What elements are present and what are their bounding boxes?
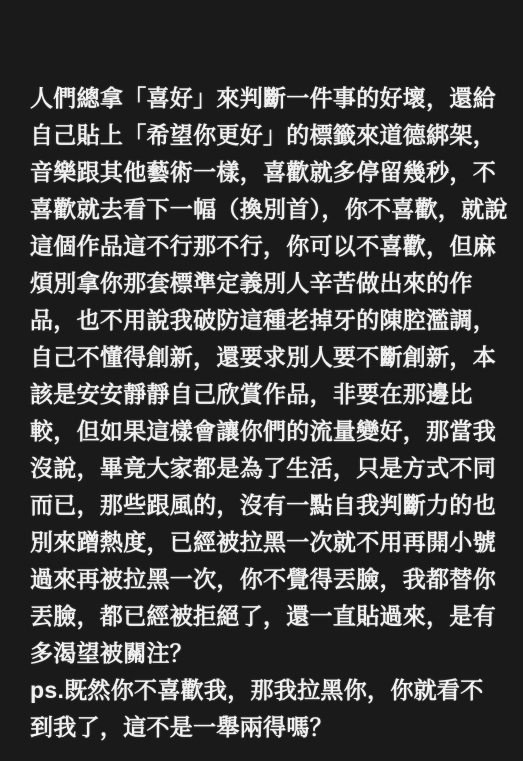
post-line: 煩別拿你那套標準定義別人辛苦做出來的作: [30, 265, 497, 302]
post-line: 自己不懂得創新，還要求別人要不斷創新，本: [30, 339, 497, 376]
post-line: 品，也不用說我破防這種老掉牙的陳腔濫調，: [30, 302, 497, 339]
post-line: 別來蹭熱度，已經被拉黑一次就不用再開小號: [30, 524, 497, 561]
post-line: 過來再被拉黑一次，你不覺得丟臉，我都替你: [30, 561, 497, 598]
post-line: 自己貼上「希望你更好」的標籤來道德綁架，: [30, 117, 497, 154]
post-text-block: 人們總拿「喜好」來判斷一件事的好壞，還給 自己貼上「希望你更好」的標籤來道德綁架…: [0, 0, 523, 761]
post-line: 丟臉，都已經被拒絕了，還一直貼過來，是有: [30, 598, 497, 635]
post-line: 喜歡就去看下一幅（換別首），你不喜歡，就說: [30, 191, 497, 228]
post-line: 音樂跟其他藝術一樣，喜歡就多停留幾秒，不: [30, 154, 497, 191]
post-line: 到我了，這不是一舉兩得嗎？: [30, 709, 497, 746]
post-line: 沒說，畢竟大家都是為了生活，只是方式不同: [30, 450, 497, 487]
post-line: 人們總拿「喜好」來判斷一件事的好壞，還給: [30, 80, 497, 117]
post-line: 較，但如果這樣會讓你們的流量變好，那當我: [30, 413, 497, 450]
post-line: ps.既然你不喜歡我，那我拉黑你，你就看不: [30, 672, 497, 709]
post-line: 而已，那些跟風的，沒有一點自我判斷力的也: [30, 487, 497, 524]
post-line: 這個作品這不行那不行，你可以不喜歡，但麻: [30, 228, 497, 265]
post-line: 該是安安靜靜自己欣賞作品，非要在那邊比: [30, 376, 497, 413]
post-line: 多渴望被關注？: [30, 635, 497, 672]
